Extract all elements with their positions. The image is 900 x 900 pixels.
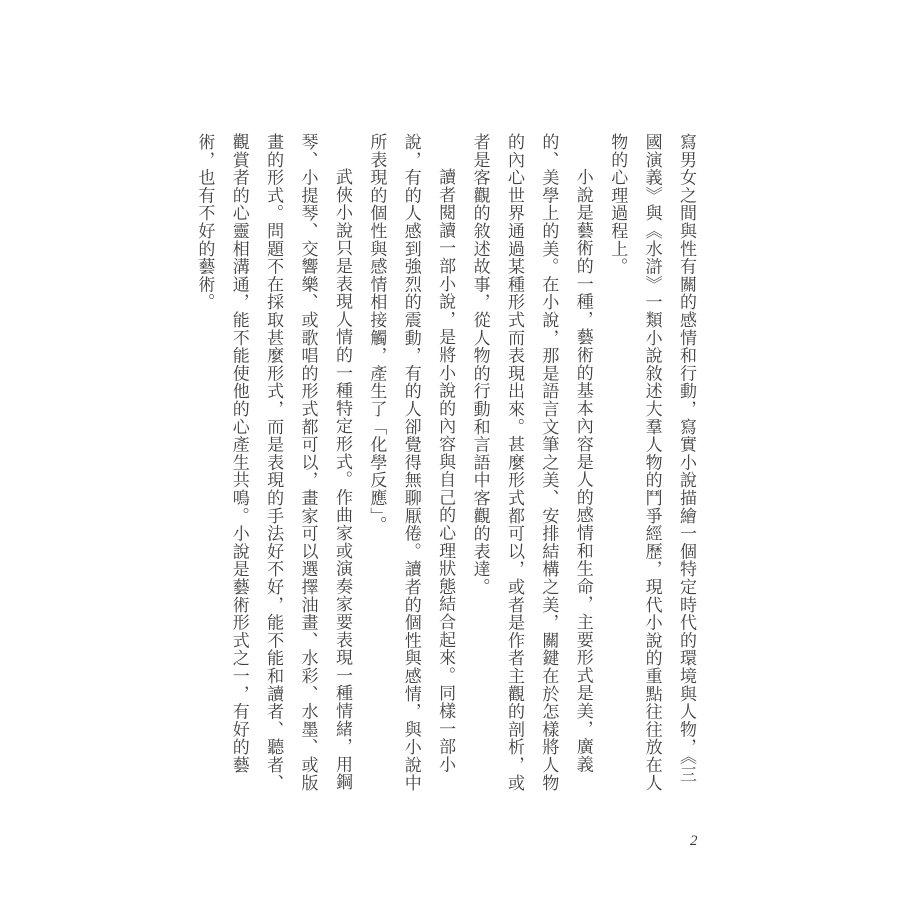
text-column-7: 者是客觀的敘述故事，從人物的行動和言語中客觀的表達。 (462, 133, 496, 793)
text-column-10: 所表現的個性與感情相接觸，產生了「化學反應」。 (359, 133, 393, 793)
text-column-3: 物的心理過程上。 (600, 133, 634, 793)
page-number: 2 (690, 833, 698, 850)
text-column-11: 武俠小說只是表現人情的一種特定形式。作曲家或演奏家要表現一種情緒，用鋼 (325, 133, 359, 828)
text-column-12: 琴、小提琴、交響樂、或歌唱的形式都可以，畫家可以選擇油畫、水彩、水墨、或版 (290, 133, 324, 793)
text-column-14: 觀賞者的心靈相溝通，能不能使他的心產生共鳴。小說是藝術形式之一，有好的藝 (221, 133, 255, 793)
text-column-2: 國演義》與《水滸》一類小說敘述大羣人物的鬥爭經歷，現代小說的重點往往放在人 (634, 133, 668, 793)
text-column-9: 說，有的人感到強烈的震動，有的人卻覺得無聊厭倦。讀者的個性與感情，與小說中 (393, 133, 427, 793)
vertical-text-block: 寫男女之間與性有關的感情和行動，寫實小說描繪一個特定時代的環境與人物，《三 國演… (187, 133, 703, 795)
text-column-5: 的、美學上的美。在小說，那是語言文筆之美、安排結構之美，關鍵在於怎樣將人物 (531, 133, 565, 793)
text-column-4: 小說是藝術的一種，藝術的基本內容是人的感情和生命，主要形式是美，廣義 (565, 133, 599, 828)
text-column-15: 術，也有不好的藝術。 (187, 133, 221, 793)
book-page: 寫男女之間與性有關的感情和行動，寫實小說描繪一個特定時代的環境與人物，《三 國演… (0, 0, 900, 900)
text-column-8: 讀者閱讀一部小說，是將小說的內容與自己的心理狀態結合起來。同樣一部小 (428, 133, 462, 828)
text-column-6: 的內心世界通過某種形式而表現出來。甚麼形式都可以，或者是作者主觀的剖析，或 (497, 133, 531, 793)
text-column-13: 畫的形式。問題不在採取甚麼形式，而是表現的手法好不好，能不能和讀者、聽者、 (256, 133, 290, 793)
text-column-1: 寫男女之間與性有關的感情和行動，寫實小說描繪一個特定時代的環境與人物，《三 (669, 133, 703, 793)
